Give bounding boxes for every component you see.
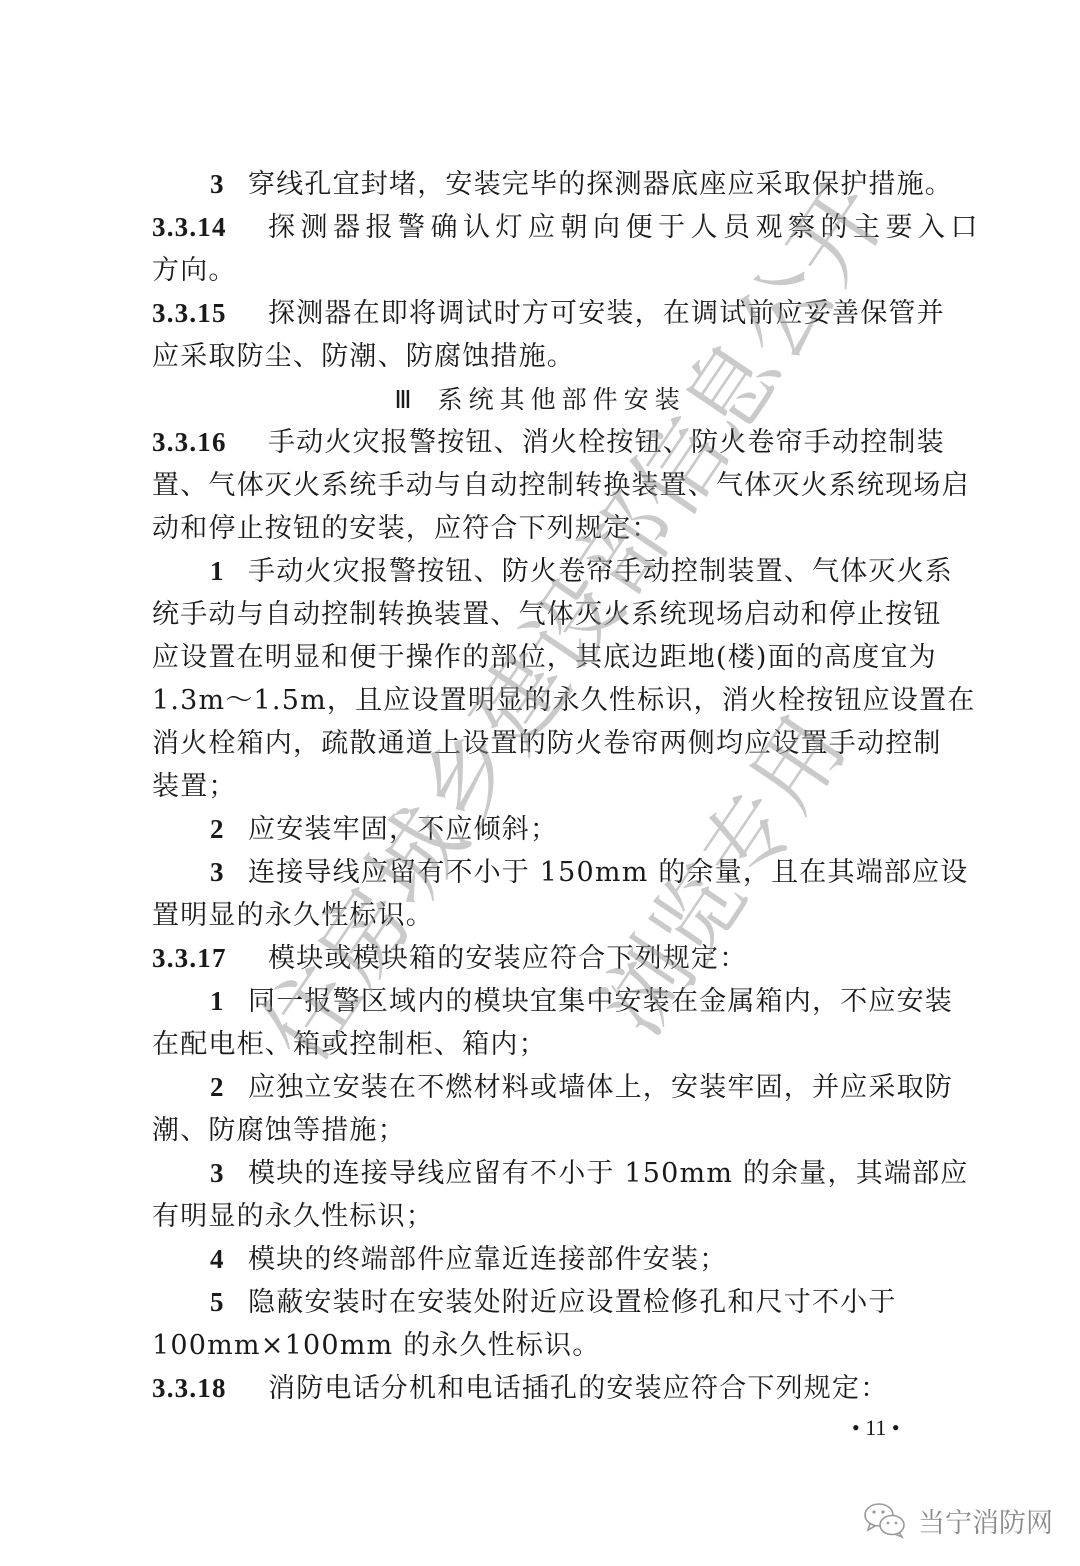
continuation-line: 装置； [152, 765, 948, 808]
item-line: 3穿线孔宜封堵，安装完毕的探测器底座应采取保护措施。 [152, 163, 948, 206]
section-line: 3.3.17模块或模块箱的安装应符合下列规定： [152, 937, 948, 980]
line-text: 潮、防腐蚀等措施； [152, 1115, 406, 1146]
item-text: 连接导线应留有不小于 150mm 的余量，且在其端部应设 [248, 857, 969, 888]
item-text: 隐蔽安装时在安装处附近应设置检修孔和尺寸不小于 [248, 1287, 897, 1318]
continuation-line: 潮、防腐蚀等措施； [152, 1109, 948, 1152]
item-text: 穿线孔宜封堵，安装完毕的探测器底座应采取保护措施。 [248, 169, 953, 200]
continuation-line: 在配电柜、箱或控制柜、箱内； [152, 1023, 948, 1066]
item-number: 4 [210, 1238, 248, 1281]
line-text: 100mm×100mm 的永久性标识。 [152, 1330, 601, 1361]
continuation-line: 100mm×100mm 的永久性标识。 [152, 1324, 948, 1367]
line-text: 统手动与自动控制转换装置、气体灭火系统现场启动和停止按钮 [152, 599, 942, 630]
page-number: • 11 • [852, 1415, 900, 1441]
line-text: 有明显的永久性标识； [152, 1201, 434, 1232]
item-text: 手动火灾报警按钮、防火卷帘手动控制装置、气体灭火系 [248, 556, 953, 587]
source-brand: 当宁消防网 [862, 1500, 1053, 1540]
line-text: 在配电柜、箱或控制柜、箱内； [152, 1029, 547, 1060]
item-text: 应独立安装在不燃材料或墙体上，安装牢固，并应采取防 [248, 1072, 953, 1103]
item-text: 模块的终端部件应靠近连接部件安装； [248, 1244, 727, 1275]
section-line: 3.3.18消防电话分机和电话插孔的安装应符合下列规定： [152, 1367, 948, 1410]
document-page: 3穿线孔宜封堵，安装完毕的探测器底座应采取保护措施。 3.3.14探测器报警确认… [0, 0, 1080, 1566]
roman-numeral: Ⅲ [394, 387, 411, 414]
item-line: 1手动火灾报警按钮、防火卷帘手动控制装置、气体灭火系 [152, 550, 948, 593]
continuation-line: 动和停止按钮的安装，应符合下列规定： [152, 507, 948, 550]
continuation-line: 有明显的永久性标识； [152, 1195, 948, 1238]
item-text: 应安装牢固，不应倾斜； [248, 814, 558, 845]
continuation-line: 方向。 [152, 249, 948, 292]
item-number: 2 [210, 808, 248, 851]
item-line: 4模块的终端部件应靠近连接部件安装； [152, 1238, 948, 1281]
item-line: 2应独立安装在不燃材料或墙体上，安装牢固，并应采取防 [152, 1066, 948, 1109]
line-text: 1.3m～1.5m，且应设置明显的永久性标识，消火栓按钮应设置在 [152, 685, 975, 716]
section-line: 3.3.15探测器在即将调试时方可安装，在调试前应妥善保管并 [152, 292, 948, 335]
line-text: 应采取防尘、防潮、防腐蚀措施。 [152, 341, 575, 372]
continuation-line: 应设置在明显和便于操作的部位，其底边距地(楼)面的高度宜为 [152, 636, 948, 679]
continuation-line: 置明显的永久性标识。 [152, 894, 948, 937]
item-number: 3 [210, 1152, 248, 1195]
continuation-line: 1.3m～1.5m，且应设置明显的永久性标识，消火栓按钮应设置在 [152, 679, 948, 722]
line-text: 置明显的永久性标识。 [152, 900, 434, 931]
line-text: 消火栓箱内，疏散通道上设置的防火卷帘两侧均应设置手动控制 [152, 728, 942, 759]
brand-name: 当宁消防网 [918, 1501, 1053, 1540]
item-text: 模块的连接导线应留有不小于 150mm 的余量，其端部应 [248, 1158, 969, 1189]
line-text: 置、气体灭火系统手动与自动控制转换装置、气体灭火系统现场启 [152, 470, 970, 501]
section-text: 消防电话分机和电话插孔的安装应符合下列规定： [268, 1373, 888, 1404]
item-number: 2 [210, 1066, 248, 1109]
section-line: 3.3.16手动火灾报警按钮、消火栓按钮、防火卷帘手动控制装 [152, 421, 948, 464]
section-number: 3.3.18 [152, 1367, 268, 1410]
section-text: 模块或模块箱的安装应符合下列规定： [268, 943, 747, 974]
wechat-icon [862, 1500, 908, 1540]
item-line: 5隐蔽安装时在安装处附近应设置检修孔和尺寸不小于 [152, 1281, 948, 1324]
line-text: 应设置在明显和便于操作的部位，其底边距地(楼)面的高度宜为 [152, 642, 937, 673]
section-text: 探测器报警确认灯应朝向便于人员观察的主要入口 [268, 212, 983, 243]
item-number: 1 [210, 980, 248, 1023]
item-number: 3 [210, 851, 248, 894]
continuation-line: 应采取防尘、防潮、防腐蚀措施。 [152, 335, 948, 378]
section-line: 3.3.14探测器报警确认灯应朝向便于人员观察的主要入口 [152, 206, 948, 249]
section-text: 探测器在即将调试时方可安装，在调试前应妥善保管并 [268, 298, 945, 329]
line-text: 方向。 [152, 255, 237, 286]
item-text: 同一报警区域内的模块宜集中安装在金属箱内，不应安装 [248, 986, 953, 1017]
item-number: 3 [210, 163, 248, 206]
item-line: 3模块的连接导线应留有不小于 150mm 的余量，其端部应 [152, 1152, 948, 1195]
continuation-line: 置、气体灭火系统手动与自动控制转换装置、气体灭火系统现场启 [152, 464, 948, 507]
line-text: 装置； [152, 771, 237, 802]
item-line: 1同一报警区域内的模块宜集中安装在金属箱内，不应安装 [152, 980, 948, 1023]
subsection-heading: Ⅲ系统其他部件安装 [0, 378, 1080, 422]
item-number: 5 [210, 1281, 248, 1324]
line-text: 动和停止按钮的安装，应符合下列规定： [152, 513, 660, 544]
item-number: 1 [210, 550, 248, 593]
section-number: 3.3.14 [152, 206, 268, 249]
section-number: 3.3.15 [152, 292, 268, 335]
item-line: 3连接导线应留有不小于 150mm 的余量，且在其端部应设 [152, 851, 948, 894]
section-number: 3.3.17 [152, 937, 268, 980]
continuation-line: 消火栓箱内，疏散通道上设置的防火卷帘两侧均应设置手动控制 [152, 722, 948, 765]
continuation-line: 统手动与自动控制转换装置、气体灭火系统现场启动和停止按钮 [152, 593, 948, 636]
section-text: 手动火灾报警按钮、消火栓按钮、防火卷帘手动控制装 [268, 427, 945, 458]
item-line: 2应安装牢固，不应倾斜； [152, 808, 948, 851]
heading-text: 系统其他部件安装 [438, 385, 686, 414]
section-number: 3.3.16 [152, 421, 268, 464]
